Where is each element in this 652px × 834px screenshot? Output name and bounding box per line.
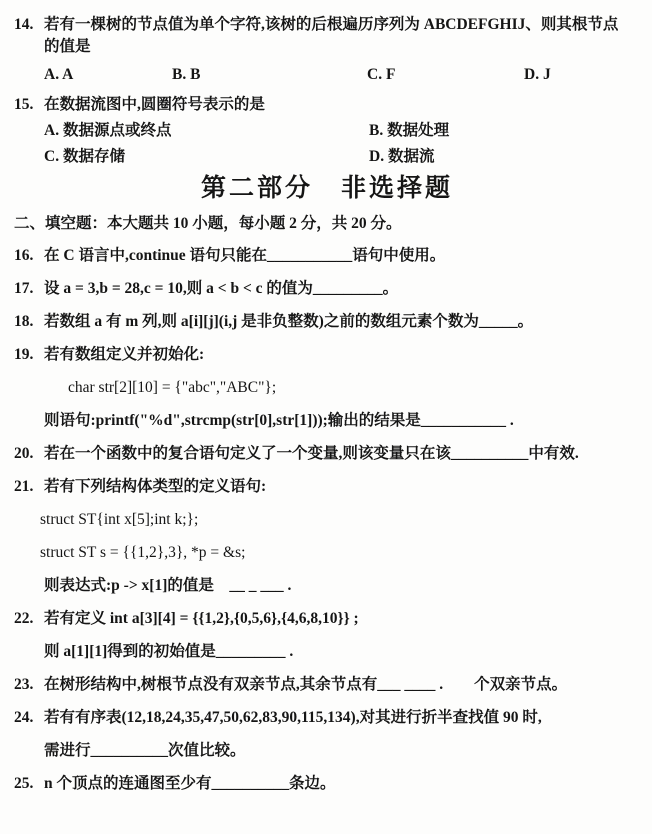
question-22-text-cont: 则 a[1][1]得到的初始值是_________ . bbox=[44, 641, 640, 663]
question-19-code-line: char str[2][10] = {"abc","ABC"}; bbox=[68, 377, 640, 399]
question-14: 14. 若有一棵树的节点值为单个字符,该树的后根遍历序列为 ABCDEFGHIJ… bbox=[14, 14, 640, 36]
question-21: 21. 若有下列结构体类型的定义语句: bbox=[14, 476, 640, 498]
question-16-text: 在 C 语言中,continue 语句只能在___________语句中使用。 bbox=[44, 245, 640, 267]
question-24: 24. 若有有序表(12,18,24,35,47,50,62,83,90,115… bbox=[14, 707, 640, 729]
question-20-number: 20. bbox=[14, 443, 44, 465]
question-17: 17. 设 a = 3,b = 28,c = 10,则 a < b < c 的值… bbox=[14, 278, 640, 300]
question-14-number: 14. bbox=[14, 14, 44, 36]
question-14-option-d: D. J bbox=[524, 64, 551, 86]
question-25-text: n 个顶点的连通图至少有__________条边。 bbox=[44, 773, 640, 795]
question-23: 23. 在树形结构中,树根节点没有双亲节点,其余节点有___ ____ . 个双… bbox=[14, 674, 640, 696]
question-17-text: 设 a = 3,b = 28,c = 10,则 a < b < c 的值为___… bbox=[44, 278, 640, 300]
question-18-number: 18. bbox=[14, 311, 44, 333]
question-22: 22. 若有定义 int a[3][4] = {{1,2},{0,5,6},{4… bbox=[14, 608, 640, 630]
question-19-text-cont: 则语句:printf("%d",strcmp(str[0],str[1]));输… bbox=[44, 410, 640, 432]
question-24-text: 若有有序表(12,18,24,35,47,50,62,83,90,115,134… bbox=[44, 707, 640, 729]
question-16: 16. 在 C 语言中,continue 语句只能在___________语句中… bbox=[14, 245, 640, 267]
question-20: 20. 若在一个函数中的复合语句定义了一个变量,则该变量只在该_________… bbox=[14, 443, 640, 465]
question-18: 18. 若数组 a 有 m 列,则 a[i][j](i,j 是非负整数)之前的数… bbox=[14, 311, 640, 333]
question-15-option-a: A. 数据源点或终点 bbox=[44, 120, 369, 142]
question-19-number: 19. bbox=[14, 344, 44, 366]
question-15-number: 15. bbox=[14, 94, 44, 116]
question-23-number: 23. bbox=[14, 674, 44, 696]
question-21-number: 21. bbox=[14, 476, 44, 498]
question-16-number: 16. bbox=[14, 245, 44, 267]
question-14-text: 若有一棵树的节点值为单个字符,该树的后根遍历序列为 ABCDEFGHIJ、则其根… bbox=[44, 14, 640, 36]
question-14-text-cont: 的值是 bbox=[44, 36, 640, 58]
question-21-code-line-1: struct ST{int x[5];int k;}; bbox=[40, 509, 640, 531]
question-15-options-row2: C. 数据存储 D. 数据流 bbox=[44, 146, 640, 168]
question-18-text: 若数组 a 有 m 列,则 a[i][j](i,j 是非负整数)之前的数组元素个… bbox=[44, 311, 640, 333]
question-14-option-c: C. F bbox=[367, 64, 524, 86]
question-25: 25. n 个顶点的连通图至少有__________条边。 bbox=[14, 773, 640, 795]
question-19: 19. 若有数组定义并初始化: bbox=[14, 344, 640, 366]
question-23-text: 在树形结构中,树根节点没有双亲节点,其余节点有___ ____ . 个双亲节点。 bbox=[44, 674, 640, 696]
question-21-text-cont: 则表达式:p -> x[1]的值是 __ _ ___ . bbox=[44, 575, 640, 597]
question-15-option-c: C. 数据存储 bbox=[44, 146, 369, 168]
question-22-number: 22. bbox=[14, 608, 44, 630]
question-19-text: 若有数组定义并初始化: bbox=[44, 344, 640, 366]
question-21-code-line-2: struct ST s = {{1,2},3}, *p = &s; bbox=[40, 542, 640, 564]
question-15-option-d: D. 数据流 bbox=[369, 146, 434, 168]
question-15-option-b: B. 数据处理 bbox=[369, 120, 449, 142]
question-15: 15. 在数据流图中,圆圈符号表示的是 bbox=[14, 94, 640, 116]
part-2-heading: 第二部分 非选择题 bbox=[14, 174, 640, 204]
section-2-intro: 二、填空题：本大题共 10 小题，每小题 2 分，共 20 分。 bbox=[14, 213, 640, 235]
question-15-text: 在数据流图中,圆圈符号表示的是 bbox=[44, 94, 640, 116]
question-21-text: 若有下列结构体类型的定义语句: bbox=[44, 476, 640, 498]
question-25-number: 25. bbox=[14, 773, 44, 795]
question-17-number: 17. bbox=[14, 278, 44, 300]
question-24-number: 24. bbox=[14, 707, 44, 729]
question-22-text: 若有定义 int a[3][4] = {{1,2},{0,5,6},{4,6,8… bbox=[44, 608, 640, 630]
question-14-options: A. A B. B C. F D. J bbox=[44, 64, 640, 86]
question-24-text-cont: 需进行__________次值比较。 bbox=[44, 740, 640, 762]
question-15-options-row1: A. 数据源点或终点 B. 数据处理 bbox=[44, 120, 640, 142]
question-20-text: 若在一个函数中的复合语句定义了一个变量,则该变量只在该__________中有效… bbox=[44, 443, 640, 465]
question-14-option-a: A. A bbox=[44, 64, 172, 86]
question-14-option-b: B. B bbox=[172, 64, 367, 86]
exam-paper-page: 14. 若有一棵树的节点值为单个字符,该树的后根遍历序列为 ABCDEFGHIJ… bbox=[0, 0, 652, 834]
